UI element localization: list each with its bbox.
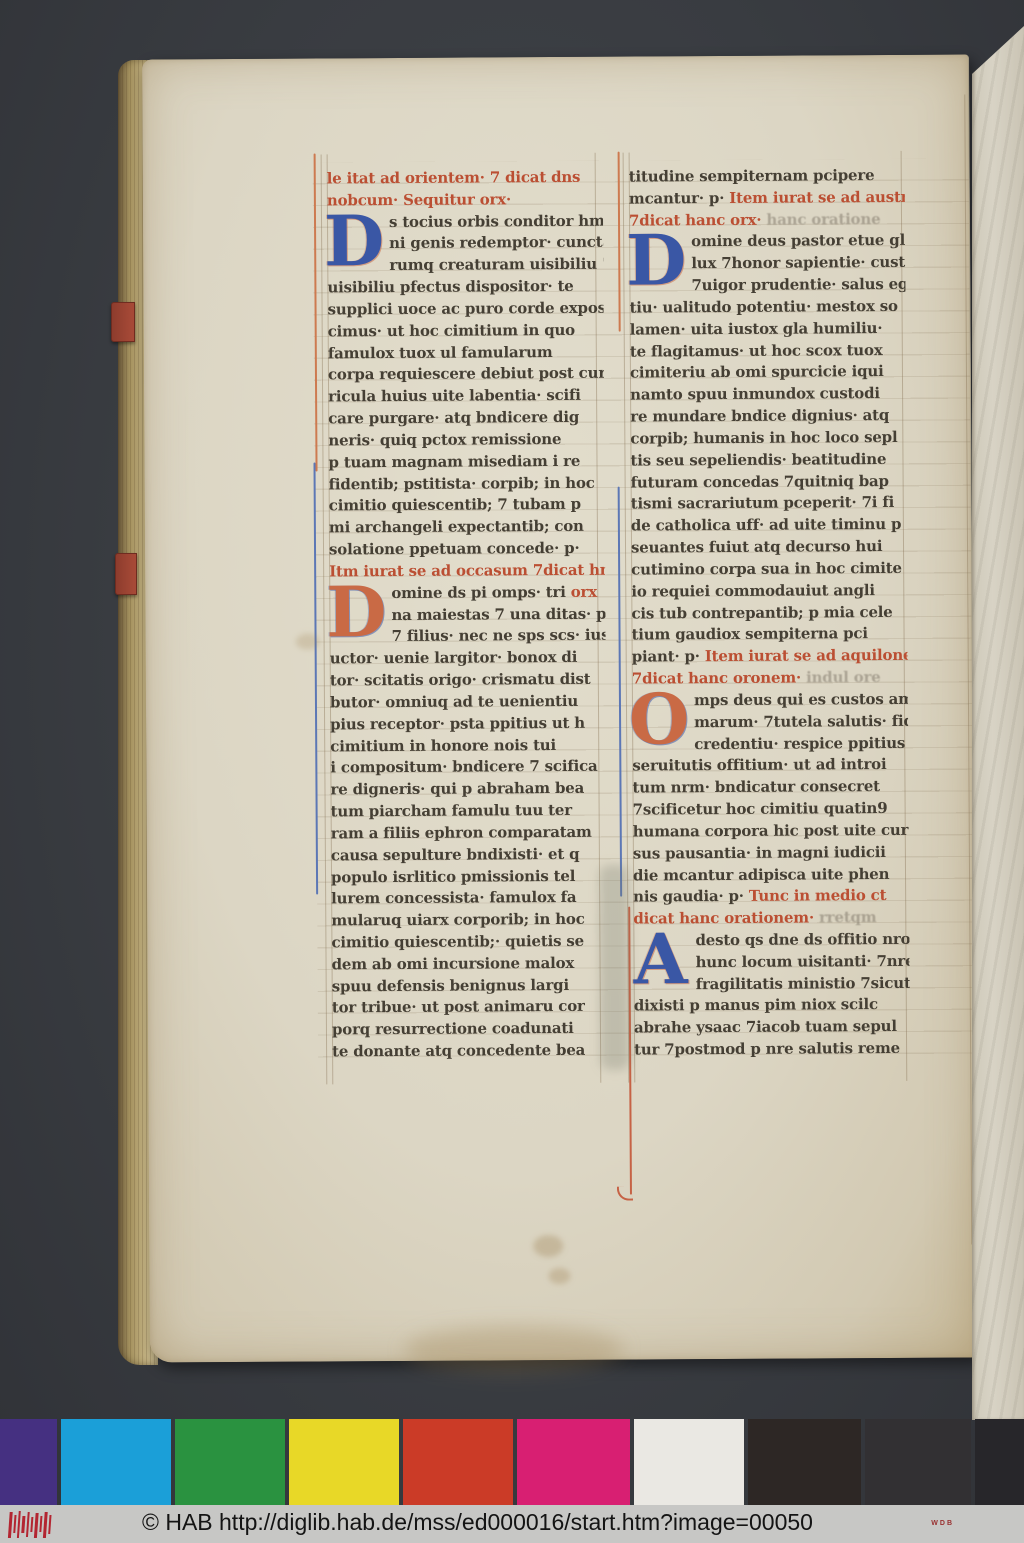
body-text: io requiei commodauiut angli bbox=[631, 581, 875, 600]
color-swatch-yellow bbox=[289, 1419, 399, 1505]
text-line: mularuq uiarx corporib; in hoc bbox=[331, 909, 607, 933]
body-text: spuu defensis benignus largi bbox=[332, 976, 569, 995]
text-line: fragilitatis ministio 7sicut bn bbox=[634, 973, 910, 997]
barcode-mark bbox=[7, 1508, 57, 1540]
text-line: mi archangeli expectantib; con bbox=[329, 516, 605, 540]
caption-bar: © HAB http://diglib.hab.de/mss/ed000016/… bbox=[0, 1505, 1024, 1543]
text-line: 7dicat hanc oronem· indul ore bbox=[632, 667, 908, 691]
text-line: tum nrm· bndicatur consecret bbox=[632, 776, 908, 800]
text-line: cimitium in honore nois tui bbox=[330, 734, 606, 758]
text-line: de catholica uff· ad uite timinu p bbox=[631, 514, 907, 538]
text-line: cimiteriu ab omi spurcicie iqui bbox=[630, 361, 906, 385]
stain bbox=[533, 1235, 563, 1257]
text-line: tor· scitatis origo· crismatu dist bbox=[330, 669, 606, 693]
body-text: i compositum· bndicere 7 scifica bbox=[330, 757, 597, 777]
body-text: hunc locum uisitanti· 7nre bbox=[695, 952, 909, 971]
text-line: corpib; humanis in hoc loco sepl bbox=[630, 427, 906, 451]
text-line: namto spuu inmundox custodi bbox=[630, 383, 906, 407]
body-text: tor tribue· ut post animaru cor bbox=[332, 997, 585, 1017]
body-text: te flagitamus· ut hoc scox tuox bbox=[630, 341, 883, 361]
body-text: uisibiliu pfectus dispositor· te bbox=[327, 277, 573, 297]
text-line: populo isrlitico pmissionis tel bbox=[331, 865, 607, 889]
text-line: tium gaudiox sempiterna pci bbox=[631, 623, 907, 647]
text-line: spuu defensis benignus largi bbox=[332, 974, 608, 998]
text-line: te donante atq concedente bea bbox=[332, 1040, 608, 1064]
text-line: cis tub contrepantib; p mia cele bbox=[631, 601, 907, 625]
body-text: cimitium in honore nois tui bbox=[330, 736, 556, 755]
body-text: seuantes fuiut atq decurso hui bbox=[631, 537, 882, 557]
body-text: dixisti p manus pim niox scilc bbox=[634, 996, 878, 1015]
text-line: seuantes fuiut atq decurso hui bbox=[631, 536, 907, 560]
body-text: te donante atq concedente bea bbox=[332, 1041, 585, 1061]
stain bbox=[548, 1268, 570, 1284]
copyright-caption: © HAB http://diglib.hab.de/mss/ed000016/… bbox=[142, 1509, 813, 1536]
body-text: mps deus qui es custos am bbox=[694, 690, 908, 709]
body-text: causa sepulture bndixisti· et q bbox=[331, 845, 580, 865]
body-text: sus pausantia· in magni iudicii bbox=[633, 843, 886, 863]
text-line: io requiei commodauiut angli bbox=[631, 580, 907, 604]
body-text: tium gaudiox sempiterna pci bbox=[631, 625, 867, 644]
text-line: 7dicat hanc orx· hanc oratione bbox=[629, 209, 905, 233]
color-calibration-bar bbox=[0, 1419, 1024, 1505]
text-line: 7scificetur hoc cimitiu quatin9 bbox=[633, 798, 909, 822]
body-text: fragilitatis ministio 7sicut bn bbox=[696, 973, 910, 992]
text-line: s tocius orbis conditor hma bbox=[327, 210, 603, 234]
text-line: supplici uoce ac puro corde expos bbox=[327, 298, 603, 322]
body-text: corpib; humanis in hoc loco sepl bbox=[630, 428, 897, 448]
body-text: de catholica uff· ad uite timinu p bbox=[631, 515, 901, 535]
body-text: tum piarcham famulu tuu ter bbox=[331, 801, 572, 820]
text-line: Itm iurat se ad occasum 7dicat hnc bbox=[329, 560, 605, 584]
rubric-text: orx bbox=[571, 583, 597, 601]
text-line: fidentib; pstitista· corpib; in hoc bbox=[329, 472, 605, 496]
body-text: nis gaudia· p· bbox=[633, 887, 749, 906]
text-line: i compositum· bndicere 7 scifica bbox=[330, 756, 606, 780]
text-line: mcantur· p· Item iurat se ad austri bbox=[629, 187, 905, 211]
wdb-logo: WDB bbox=[931, 1520, 954, 1527]
text-line: corpa requiescere debiut post cur bbox=[328, 363, 604, 387]
text-line: credentiu· respice ppitius ad nre bbox=[632, 732, 908, 756]
body-text: mcantur· p· bbox=[629, 189, 729, 208]
body-text: butor· omniuq ad te uenientiu bbox=[330, 692, 578, 712]
body-text: omine ds pi omps· tri bbox=[391, 583, 571, 602]
text-line: omine deus pastor etue gle bbox=[629, 230, 905, 254]
body-text: cimus· ut hoc cimitium in quo bbox=[328, 321, 575, 341]
body-text: marum· 7tutela salutis· fides bbox=[694, 711, 908, 730]
body-text: populo isrlitico pmissionis tel bbox=[331, 866, 575, 885]
text-line: ni genis redemptor· cuncta bbox=[327, 232, 603, 256]
text-line: neris· quiq pctox remissione bbox=[328, 429, 604, 453]
body-text: titudine sempiternam pcipere bbox=[629, 166, 875, 186]
body-text: humana corpora hic post uite cur bbox=[633, 821, 909, 841]
body-text: pius receptor· psta ppitius ut h bbox=[330, 714, 585, 734]
text-line: na maiestas 7 una ditas· pr bbox=[329, 603, 605, 627]
text-line: p tuam magnam misediam i re bbox=[328, 450, 604, 474]
right-text-column: titudine sempiternam pciperemcantur· p· … bbox=[629, 165, 910, 1065]
text-line: re digneris· qui p abraham bea bbox=[330, 778, 606, 802]
body-text: tor· scitatis origo· crismatu dist bbox=[330, 670, 591, 690]
body-text: corpa requiescere debiut post cur bbox=[328, 364, 604, 384]
body-text: ricula huius uite labentia· scifi bbox=[328, 386, 581, 406]
body-text: re digneris· qui p abraham bea bbox=[330, 779, 584, 799]
body-text: lux 7honor sapientie· custos bbox=[691, 253, 905, 272]
text-line: 7 filius· nec ne sps scs· iustitie a bbox=[329, 625, 605, 649]
text-line: omine ds pi omps· tri orx bbox=[329, 581, 605, 605]
color-swatch-black-gray bbox=[865, 1419, 971, 1505]
text-line: sus pausantia· in magni iudicii bbox=[633, 842, 909, 866]
rubric-text: le itat ad orientem· 7 dicat dns bbox=[327, 168, 581, 188]
show-through-text: hanc oratione bbox=[766, 210, 880, 229]
body-text: famulox tuox ul famularum bbox=[328, 343, 553, 362]
text-line: die mcantur adipisca uite phen bbox=[633, 863, 909, 887]
text-line: te flagitamus· ut hoc scox tuox bbox=[630, 340, 906, 364]
text-line: tor tribue· ut post animaru cor bbox=[332, 996, 608, 1020]
body-text: supplici uoce ac puro corde expos bbox=[328, 299, 604, 319]
color-swatch-dark-brown bbox=[748, 1419, 861, 1505]
show-through-text bbox=[972, 0, 1024, 1420]
body-text: ram a filiis ephron comparatam bbox=[331, 823, 592, 843]
bookmark-tab bbox=[111, 302, 135, 342]
text-line: famulox tuox ul famularum bbox=[328, 341, 604, 365]
text-line: le itat ad orientem· 7 dicat dns bbox=[327, 167, 603, 191]
body-text: solatione ppetuam concede· p· bbox=[329, 539, 580, 559]
text-line: tiu· ualitudo potentiu· mestox so bbox=[629, 296, 905, 320]
color-swatch-green bbox=[175, 1419, 285, 1505]
body-text: uctor· uenie largitor· bonox di bbox=[330, 648, 578, 668]
text-line: abrahe ysaac 7iacob tuam sepul bbox=[634, 1016, 910, 1040]
text-line: pius receptor· psta ppitius ut h bbox=[330, 712, 606, 736]
text-line: nobcum· Sequitur orx· bbox=[327, 189, 603, 213]
body-text: 7 filius· nec ne sps scs· iustitie a bbox=[392, 626, 606, 646]
body-text: porq resurrectione coadunati bbox=[332, 1019, 574, 1038]
body-text: omine deus pastor etue gle bbox=[691, 231, 905, 250]
rubric-text: dicat hanc orationem· bbox=[633, 909, 819, 928]
text-line: futuram concedas 7quitniq bap bbox=[631, 470, 907, 494]
body-text: care purgare· atq bndicere dig bbox=[328, 408, 579, 428]
body-text: cis tub contrepantib; p mia cele bbox=[631, 603, 892, 623]
show-through-text: rretqm bbox=[819, 908, 877, 926]
body-text: ni genis redemptor· cuncta bbox=[389, 233, 603, 252]
body-text: namto spuu inmundox custodi bbox=[630, 384, 880, 404]
text-line: lux 7honor sapientie· custos bbox=[629, 252, 905, 276]
color-swatch-black bbox=[975, 1419, 1024, 1505]
text-line: desto qs dne ds offitio nro bbox=[633, 929, 909, 953]
text-line: care purgare· atq bndicere dig bbox=[328, 407, 604, 431]
rubric-text: nobcum· Sequitur orx· bbox=[327, 190, 511, 209]
text-line: solatione ppetuam concede· p· bbox=[329, 538, 605, 562]
body-text: p tuam magnam misediam i re bbox=[328, 452, 580, 472]
text-line: causa sepulture bndixisti· et q bbox=[331, 843, 607, 867]
body-text: neris· quiq pctox remissione bbox=[328, 430, 561, 449]
body-text: dem ab omi incursione malox bbox=[332, 954, 575, 973]
text-line: ricula huius uite labentia· scifi bbox=[328, 385, 604, 409]
body-text: tiu· ualitudo potentiu· mestox so bbox=[629, 297, 897, 317]
text-line: dixisti p manus pim niox scilc bbox=[634, 994, 910, 1018]
body-text: tis seu sepeliendis· beatitudine bbox=[630, 450, 886, 470]
body-text: lurem concessista· famulox fa bbox=[331, 888, 576, 907]
body-text: credentiu· respice ppitius ad nre bbox=[694, 733, 908, 753]
body-text: desto qs dne ds offitio nro bbox=[695, 930, 909, 949]
text-line: ram a filiis ephron comparatam bbox=[331, 822, 607, 846]
body-text: lamen· uita iustox gla humiliu· bbox=[630, 319, 883, 339]
text-line: 7uigor prudentie· salus egrotan bbox=[629, 274, 905, 298]
rubric-text: Item iurat se ad aquilone bbox=[705, 646, 908, 665]
penwork-hook bbox=[617, 1187, 633, 1201]
body-text: die mcantur adipisca uite phen bbox=[633, 864, 889, 884]
text-line: lamen· uita iustox gla humiliu· bbox=[630, 318, 906, 342]
text-line: hunc locum uisitanti· 7nre bbox=[633, 951, 909, 975]
text-line: dem ab omi incursione malox bbox=[331, 953, 607, 977]
text-line: cimitio quiescentib;· quietis se bbox=[331, 931, 607, 955]
color-swatch-magenta bbox=[517, 1419, 630, 1505]
body-text: cimiteriu ab omi spurcicie iqui bbox=[630, 362, 884, 382]
body-text: abrahe ysaac 7iacob tuam sepul bbox=[634, 1017, 897, 1037]
body-text: mularuq uiarx corporib; in hoc bbox=[331, 910, 584, 930]
text-line: rumq creaturam uisibiliu 7 in bbox=[327, 254, 603, 278]
text-line: dicat hanc orationem· rretqm bbox=[633, 907, 909, 931]
text-line: tis seu sepeliendis· beatitudine bbox=[630, 449, 906, 473]
body-text: 7scificetur hoc cimitiu quatin9 bbox=[633, 799, 888, 819]
body-text: na maiestas 7 una ditas· pr bbox=[391, 604, 605, 623]
rubric-text: 7dicat hanc oronem· bbox=[632, 669, 806, 688]
text-line: lurem concessista· famulox fa bbox=[331, 887, 607, 911]
text-line: re mundare bndice dignius· atq bbox=[630, 405, 906, 429]
body-text: futuram concedas 7quitniq bap bbox=[631, 472, 889, 492]
text-line: cimus· ut hoc cimitium in quo bbox=[328, 320, 604, 344]
text-line: marum· 7tutela salutis· fides bbox=[632, 711, 908, 735]
text-line: cimitio quiescentib; 7 tubam p bbox=[329, 494, 605, 518]
rubric-text: Itm iurat se ad occasum 7dicat hnc bbox=[329, 561, 605, 581]
digitized-manuscript-viewer: le itat ad orientem· 7 dicat dnsnobcum· … bbox=[0, 0, 1024, 1543]
text-line: tum piarcham famulu tuu ter bbox=[331, 800, 607, 824]
color-swatch-purple bbox=[0, 1419, 57, 1505]
body-text: re mundare bndice dignius· atq bbox=[630, 406, 889, 426]
text-line: butor· omniuq ad te uenientiu bbox=[330, 691, 606, 715]
text-line: tur 7postmod p nre salutis reme bbox=[634, 1038, 910, 1062]
rubric-text: Tunc in medio ct bbox=[749, 886, 887, 905]
text-line: uctor· uenie largitor· bonox di bbox=[330, 647, 606, 671]
bookmark-tab bbox=[115, 553, 137, 595]
body-text: s tocius orbis conditor hma bbox=[389, 211, 603, 230]
text-line: porq resurrectione coadunati bbox=[332, 1018, 608, 1042]
text-line: humana corpora hic post uite cur bbox=[633, 820, 909, 844]
text-line: nis gaudia· p· Tunc in medio ct bbox=[633, 885, 909, 909]
text-line: uisibiliu pfectus dispositor· te bbox=[327, 276, 603, 300]
underlying-page-edge bbox=[972, 0, 1024, 1420]
text-line: piant· p· Item iurat se ad aquilone bbox=[632, 645, 908, 669]
rubric-text: 7dicat hanc orx· bbox=[629, 210, 767, 229]
body-text: cutimino corpa sua in hoc cimite bbox=[631, 559, 902, 579]
show-through-text: indul ore bbox=[806, 668, 881, 686]
text-line: cutimino corpa sua in hoc cimite bbox=[631, 558, 907, 582]
color-swatch-cyan bbox=[61, 1419, 171, 1505]
body-text: 7uigor prudentie· salus egrotan bbox=[691, 275, 905, 295]
body-text: mi archangeli expectantib; con bbox=[329, 517, 584, 537]
body-text: tum nrm· bndicatur consecret bbox=[632, 777, 879, 797]
rubric-text: Item iurat se ad austri bbox=[729, 188, 905, 207]
body-text: rumq creaturam uisibiliu 7 in bbox=[389, 255, 603, 274]
manuscript-page: le itat ad orientem· 7 dicat dnsnobcum· … bbox=[142, 54, 977, 1362]
body-text: cimitio quiescentib;· quietis se bbox=[331, 932, 584, 952]
text-line: seruitutis offitium· ut ad introi bbox=[632, 754, 908, 778]
color-swatch-red bbox=[403, 1419, 513, 1505]
text-line: titudine sempiternam pcipere bbox=[629, 165, 905, 189]
text-line: tismi sacrariutum pceperit· 7i fi bbox=[631, 492, 907, 516]
body-text: seruitutis offitium· ut ad introi bbox=[632, 755, 886, 775]
body-text: tismi sacrariutum pceperit· 7i fi bbox=[631, 493, 894, 513]
body-text: tur 7postmod p nre salutis reme bbox=[634, 1039, 900, 1059]
body-text: fidentib; pstitista· corpib; in hoc bbox=[329, 473, 595, 493]
body-text: piant· p· bbox=[632, 647, 705, 665]
color-swatch-white bbox=[634, 1419, 744, 1505]
left-text-column: le itat ad orientem· 7 dicat dnsnobcum· … bbox=[327, 167, 608, 1067]
text-line: mps deus qui es custos am bbox=[632, 689, 908, 713]
body-text: cimitio quiescentib; 7 tubam p bbox=[329, 495, 581, 515]
